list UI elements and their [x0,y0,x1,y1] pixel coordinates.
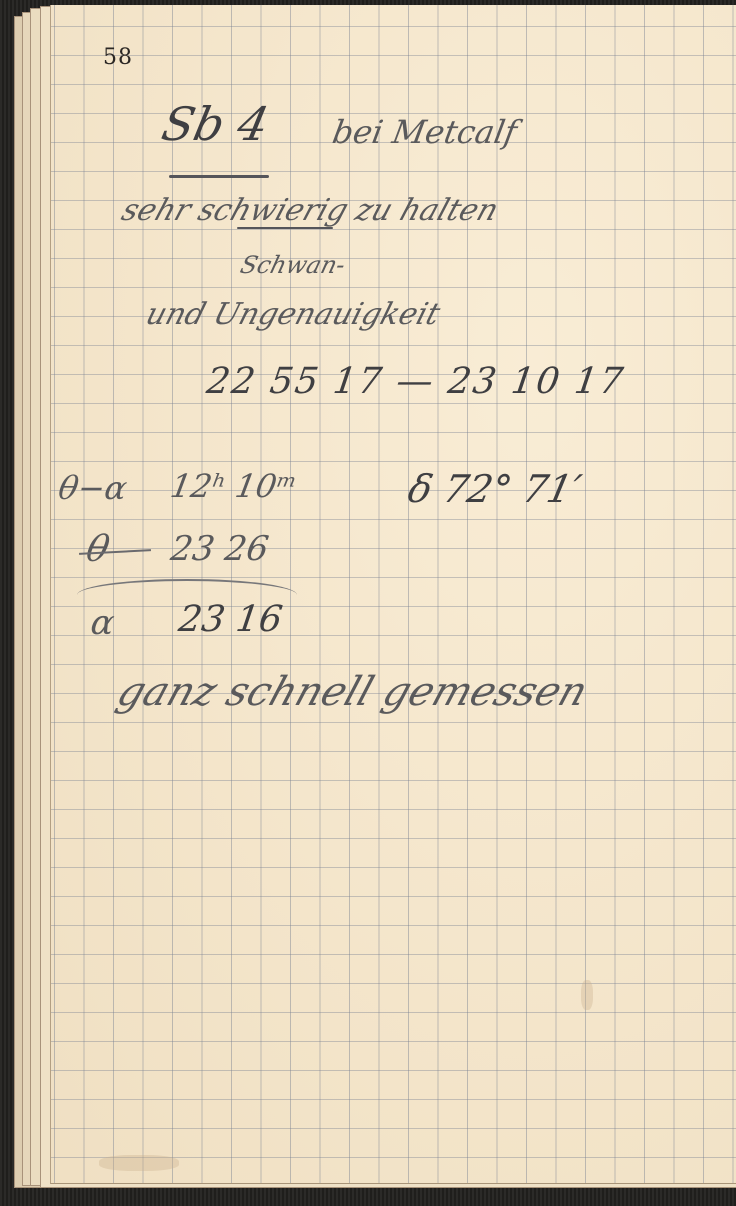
word-underline [237,227,333,229]
final-note: ganz schnell gemessen [112,669,594,715]
time-range: 22 55 17 — 23 10 17 [204,361,627,402]
declination-value: δ 72° 71′ [404,467,585,511]
graph-paper-page: 58 Sb 4 bei Metcalf sehr schwierig zu ha… [50,5,736,1184]
subtraction-line [77,579,297,595]
sidereal-time-label: θ [83,529,113,570]
note-insert-word: Schwan- [238,251,349,279]
paper-stain [581,980,593,1010]
note-line-difficult: sehr schwierig zu halten [117,193,503,228]
theta-minus-alpha-value: 12ʰ 10ᵐ [168,467,300,505]
right-ascension-label: α [88,603,117,643]
note-line-inaccuracy: und Ungenauigkeit [142,297,444,332]
page-number: 58 [103,45,133,70]
heading-underline [169,175,269,178]
theta-minus-alpha-label: θ−α [56,469,130,507]
heading-catalog-id: Sb 4 [157,97,273,151]
heading-observer-note: bei Metcalf [330,113,520,151]
sidereal-time-value: 23 26 [168,529,271,569]
paper-stain [99,1155,179,1171]
right-ascension-value: 23 16 [176,599,285,640]
